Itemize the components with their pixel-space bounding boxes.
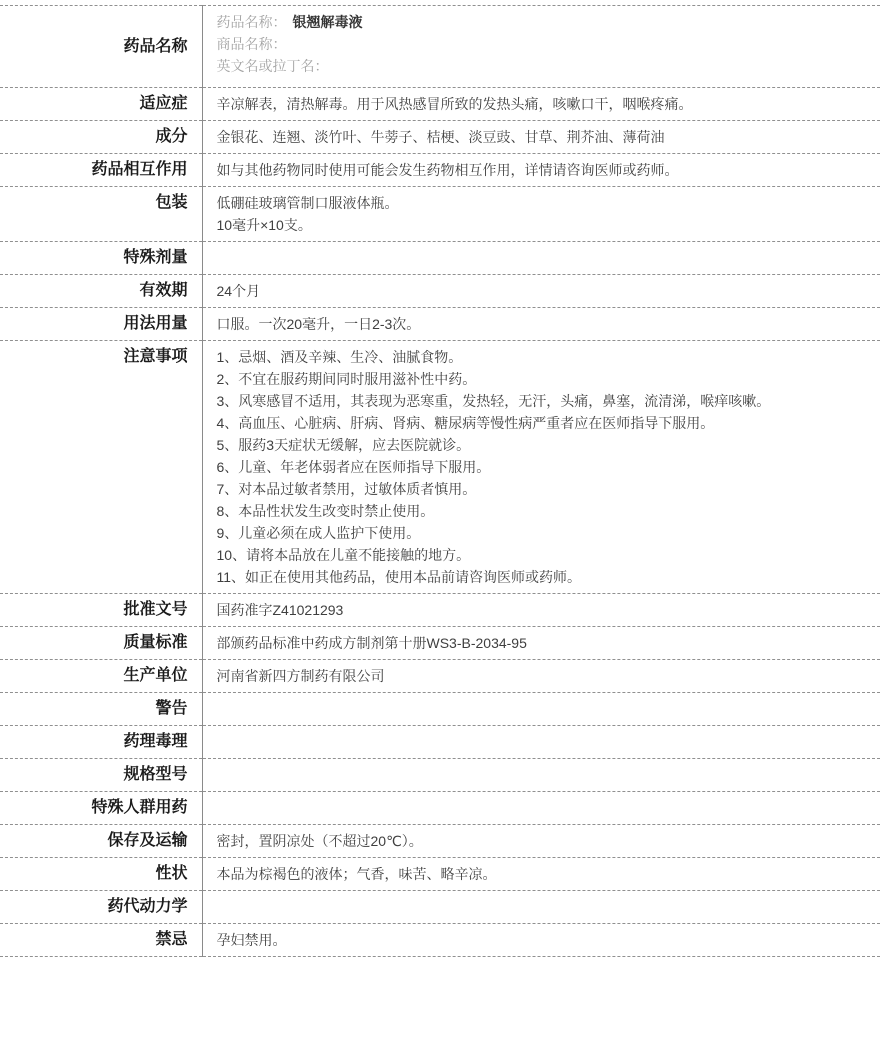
value-line: 部颁药品标准中药成方制剂第十册WS3-B-2034-95 [217, 632, 871, 654]
value-line: 1、忌烟、酒及辛辣、生冷、油腻食物。 [217, 346, 871, 368]
value-line: 9、儿童必须在成人监护下使用。 [217, 522, 871, 544]
row-value: 低硼硅玻璃管制口服液体瓶。10毫升×10支。 [202, 187, 880, 242]
value-line: 低硼硅玻璃管制口服液体瓶。 [217, 192, 871, 214]
table-row: 用法用量 口服。一次20毫升，一日2-3次。 [0, 308, 880, 341]
row-value: 密封，置阴凉处（不超过20℃）。 [202, 825, 880, 858]
table-row: 特殊人群用药 [0, 792, 880, 825]
value-line: 4、高血压、心脏病、肝病、肾病、糖尿病等慢性病严重者应在医师指导下服用。 [217, 412, 871, 434]
table-row: 包装 低硼硅玻璃管制口服液体瓶。10毫升×10支。 [0, 187, 880, 242]
value-line: 孕妇禁用。 [217, 929, 871, 951]
value-line: 7、对本品过敏者禁用，过敏体质者慎用。 [217, 478, 871, 500]
value-line: 3、风寒感冒不适用，其表现为恶寒重，发热轻，无汗，头痛，鼻塞，流清涕，喉痒咳嗽。 [217, 390, 871, 412]
table-row: 药代动力学 [0, 891, 880, 924]
row-value: 辛凉解表，清热解毒。用于风热感冒所致的发热头痛，咳嗽口干，咽喉疼痛。 [202, 88, 880, 121]
table-row: 生产单位 河南省新四方制药有限公司 [0, 660, 880, 693]
value-line: 本品为棕褐色的液体；气香，味苦、略辛凉。 [217, 863, 871, 885]
row-value: 孕妇禁用。 [202, 924, 880, 957]
table-row: 注意事项 1、忌烟、酒及辛辣、生冷、油腻食物。2、不宜在服药期间同时服用滋补性中… [0, 341, 880, 594]
row-label: 规格型号 [0, 759, 202, 792]
row-label: 有效期 [0, 275, 202, 308]
latin-name-line: 英文名或拉丁名： [217, 55, 871, 77]
table-row: 批准文号 国药准字Z41021293 [0, 594, 880, 627]
row-value: 本品为棕褐色的液体；气香，味苦、略辛凉。 [202, 858, 880, 891]
table-row: 保存及运输 密封，置阴凉处（不超过20℃）。 [0, 825, 880, 858]
row-value: 河南省新四方制药有限公司 [202, 660, 880, 693]
table-row: 性状 本品为棕褐色的液体；气香，味苦、略辛凉。 [0, 858, 880, 891]
row-value [202, 693, 880, 726]
row-label: 药理毒理 [0, 726, 202, 759]
value-line: 5、服药3天症状无缓解，应去医院就诊。 [217, 434, 871, 456]
row-label: 警告 [0, 693, 202, 726]
row-value: 金银花、连翘、淡竹叶、牛蒡子、桔梗、淡豆豉、甘草、荆芥油、薄荷油 [202, 121, 880, 154]
value-line: 口服。一次20毫升，一日2-3次。 [217, 313, 871, 335]
row-label: 禁忌 [0, 924, 202, 957]
table-row: 药品相互作用 如与其他药物同时使用可能会发生药物相互作用，详情请咨询医师或药师。 [0, 154, 880, 187]
value-line: 10毫升×10支。 [217, 214, 871, 236]
table-row: 有效期 24个月 [0, 275, 880, 308]
value-line: 密封，置阴凉处（不超过20℃）。 [217, 830, 871, 852]
row-value: 如与其他药物同时使用可能会发生药物相互作用，详情请咨询医师或药师。 [202, 154, 880, 187]
value-line: 河南省新四方制药有限公司 [217, 665, 871, 687]
value-line: 10、请将本品放在儿童不能接触的地方。 [217, 544, 871, 566]
row-label: 批准文号 [0, 594, 202, 627]
row-label: 注意事项 [0, 341, 202, 594]
value-line: 国药准字Z41021293 [217, 599, 871, 621]
table-row: 成分 金银花、连翘、淡竹叶、牛蒡子、桔梗、淡豆豉、甘草、荆芥油、薄荷油 [0, 121, 880, 154]
row-label: 药品名称 [0, 6, 202, 88]
row-value [202, 792, 880, 825]
table-row-drug-name: 药品名称 药品名称：银翘解毒液 商品名称： 英文名或拉丁名： [0, 6, 880, 88]
latin-name-prefix: 英文名或拉丁名： [217, 58, 329, 74]
row-label: 特殊人群用药 [0, 792, 202, 825]
row-label: 成分 [0, 121, 202, 154]
table-row: 警告 [0, 693, 880, 726]
row-label: 药品相互作用 [0, 154, 202, 187]
trade-name-line: 商品名称： [217, 33, 871, 55]
value-line: 6、儿童、年老体弱者应在医师指导下服用。 [217, 456, 871, 478]
table-row: 药理毒理 [0, 726, 880, 759]
value-line: 2、不宜在服药期间同时服用滋补性中药。 [217, 368, 871, 390]
row-label: 包装 [0, 187, 202, 242]
drug-name-line: 药品名称：银翘解毒液 [217, 11, 871, 33]
row-label: 药代动力学 [0, 891, 202, 924]
row-label: 质量标准 [0, 627, 202, 660]
value-line: 24个月 [217, 280, 871, 302]
row-label: 保存及运输 [0, 825, 202, 858]
drug-info-table: 药品名称 药品名称：银翘解毒液 商品名称： 英文名或拉丁名： 适应症 辛凉解表，… [0, 5, 880, 957]
row-value: 国药准字Z41021293 [202, 594, 880, 627]
row-value: 部颁药品标准中药成方制剂第十册WS3-B-2034-95 [202, 627, 880, 660]
value-line: 如与其他药物同时使用可能会发生药物相互作用，详情请咨询医师或药师。 [217, 159, 871, 181]
row-value [202, 759, 880, 792]
value-line: 8、本品性状发生改变时禁止使用。 [217, 500, 871, 522]
row-value: 药品名称：银翘解毒液 商品名称： 英文名或拉丁名： [202, 6, 880, 88]
drug-name-prefix: 药品名称： [217, 14, 287, 30]
value-line: 金银花、连翘、淡竹叶、牛蒡子、桔梗、淡豆豉、甘草、荆芥油、薄荷油 [217, 126, 871, 148]
drug-name-value: 银翘解毒液 [293, 14, 363, 30]
table-row: 适应症 辛凉解表，清热解毒。用于风热感冒所致的发热头痛，咳嗽口干，咽喉疼痛。 [0, 88, 880, 121]
row-label: 特殊剂量 [0, 242, 202, 275]
row-value: 口服。一次20毫升，一日2-3次。 [202, 308, 880, 341]
row-value [202, 242, 880, 275]
value-line: 11、如正在使用其他药品，使用本品前请咨询医师或药师。 [217, 566, 871, 588]
row-label: 适应症 [0, 88, 202, 121]
row-value: 24个月 [202, 275, 880, 308]
table-row: 禁忌 孕妇禁用。 [0, 924, 880, 957]
row-value [202, 726, 880, 759]
table-row: 特殊剂量 [0, 242, 880, 275]
row-value [202, 891, 880, 924]
row-label: 生产单位 [0, 660, 202, 693]
value-line: 辛凉解表，清热解毒。用于风热感冒所致的发热头痛，咳嗽口干，咽喉疼痛。 [217, 93, 871, 115]
row-label: 用法用量 [0, 308, 202, 341]
table-row: 质量标准 部颁药品标准中药成方制剂第十册WS3-B-2034-95 [0, 627, 880, 660]
table-row: 规格型号 [0, 759, 880, 792]
trade-name-prefix: 商品名称： [217, 36, 287, 52]
row-label: 性状 [0, 858, 202, 891]
row-value: 1、忌烟、酒及辛辣、生冷、油腻食物。2、不宜在服药期间同时服用滋补性中药。3、风… [202, 341, 880, 594]
